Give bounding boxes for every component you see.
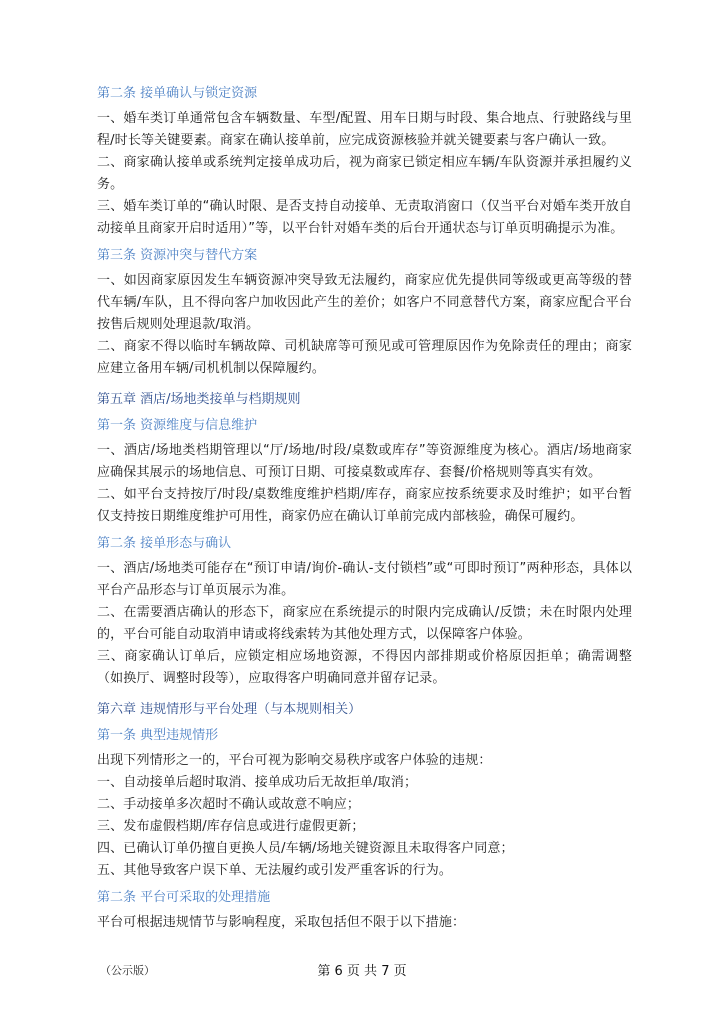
paragraph: 一、婚车类订单通常包含车辆数量、车型/配置、用车日期与时段、集合地点、行驶路线与… [97, 108, 632, 152]
page-indicator: 第 6 页 共 7 页 [0, 960, 724, 979]
document-page: 第二条 接单确认与锁定资源 一、婚车类订单通常包含车辆数量、车型/配置、用车日期… [97, 84, 632, 940]
list-item: 五、其他导致客户误下单、无法履约或引发严重客诉的行为。 [97, 860, 632, 882]
paragraph: 一、酒店/场地类档期管理以“厅/场地/时段/桌数或库存”等资源维度为核心。酒店/… [97, 440, 632, 484]
paragraph: 二、如平台支持按厅/时段/桌数维度维护档期/库存，商家应按系统要求及时维护；如平… [97, 484, 632, 528]
article-heading: 第二条 平台可采取的处理措施 [97, 888, 632, 908]
article-heading: 第一条 典型违规情形 [97, 726, 632, 746]
chapter-5-heading: 第五章 酒店/场地类接单与档期规则 [97, 390, 632, 410]
paragraph: 二、商家确认接单或系统判定接单成功后，视为商家已锁定相应车辆/车队资源并承担履约… [97, 152, 632, 196]
paragraph: 二、在需要酒店确认的形态下，商家应在系统提示的时限内完成确认/反馈；未在时限内处… [97, 602, 632, 646]
article-heading: 第二条 接单确认与锁定资源 [97, 84, 632, 104]
article-2-measures: 第二条 平台可采取的处理措施 平台可根据违规情节与影响程度，采取包括但不限于以下… [97, 888, 632, 934]
list-item: 三、发布虚假档期/库存信息或进行虚假更新； [97, 816, 632, 838]
paragraph: 一、如因商家原因发生车辆资源冲突导致无法履约，商家应优先提供同等级或更高等级的替… [97, 270, 632, 336]
paragraph: 三、商家确认订单后，应锁定相应场地资源，不得因内部排期或价格原因拒单；确需调整（… [97, 646, 632, 690]
paragraph: 平台可根据违规情节与影响程度，采取包括但不限于以下措施： [97, 912, 632, 934]
paragraph: 一、酒店/场地类可能存在“预订申请/询价-确认-支付锁档”或“可即时预订”两种形… [97, 558, 632, 602]
list-item: 四、已确认订单仍擅自更换人员/车辆/场地关键资源且未取得客户同意； [97, 838, 632, 860]
article-heading: 第二条 接单形态与确认 [97, 534, 632, 554]
paragraph: 出现下列情形之一的，平台可视为影响交易秩序或客户体验的违规： [97, 750, 632, 772]
list-item: 一、自动接单后超时取消、接单成功后无故拒单/取消； [97, 772, 632, 794]
article-1-resource-dimension: 第一条 资源维度与信息维护 一、酒店/场地类档期管理以“厅/场地/时段/桌数或库… [97, 416, 632, 528]
paragraph: 二、商家不得以临时车辆故障、司机缺席等可预见或可管理原因作为免除责任的理由；商家… [97, 336, 632, 380]
article-heading: 第三条 资源冲突与替代方案 [97, 246, 632, 266]
chapter-6-heading: 第六章 违规情形与平台处理（与本规则相关） [97, 700, 632, 720]
list-item: 二、手动接单多次超时不确认或故意不响应； [97, 794, 632, 816]
article-2-booking-form: 第二条 接单形态与确认 一、酒店/场地类可能存在“预订申请/询价-确认-支付锁档… [97, 534, 632, 690]
article-heading: 第一条 资源维度与信息维护 [97, 416, 632, 436]
article-1-violations: 第一条 典型违规情形 出现下列情形之一的，平台可视为影响交易秩序或客户体验的违规… [97, 726, 632, 882]
paragraph: 三、婚车类订单的“确认时限、是否支持自动接单、无责取消窗口（仅当平台对婚车类开放… [97, 196, 632, 240]
article-3-resource-conflict: 第三条 资源冲突与替代方案 一、如因商家原因发生车辆资源冲突导致无法履约，商家应… [97, 246, 632, 380]
article-2-booking-confirm: 第二条 接单确认与锁定资源 一、婚车类订单通常包含车辆数量、车型/配置、用车日期… [97, 84, 632, 240]
